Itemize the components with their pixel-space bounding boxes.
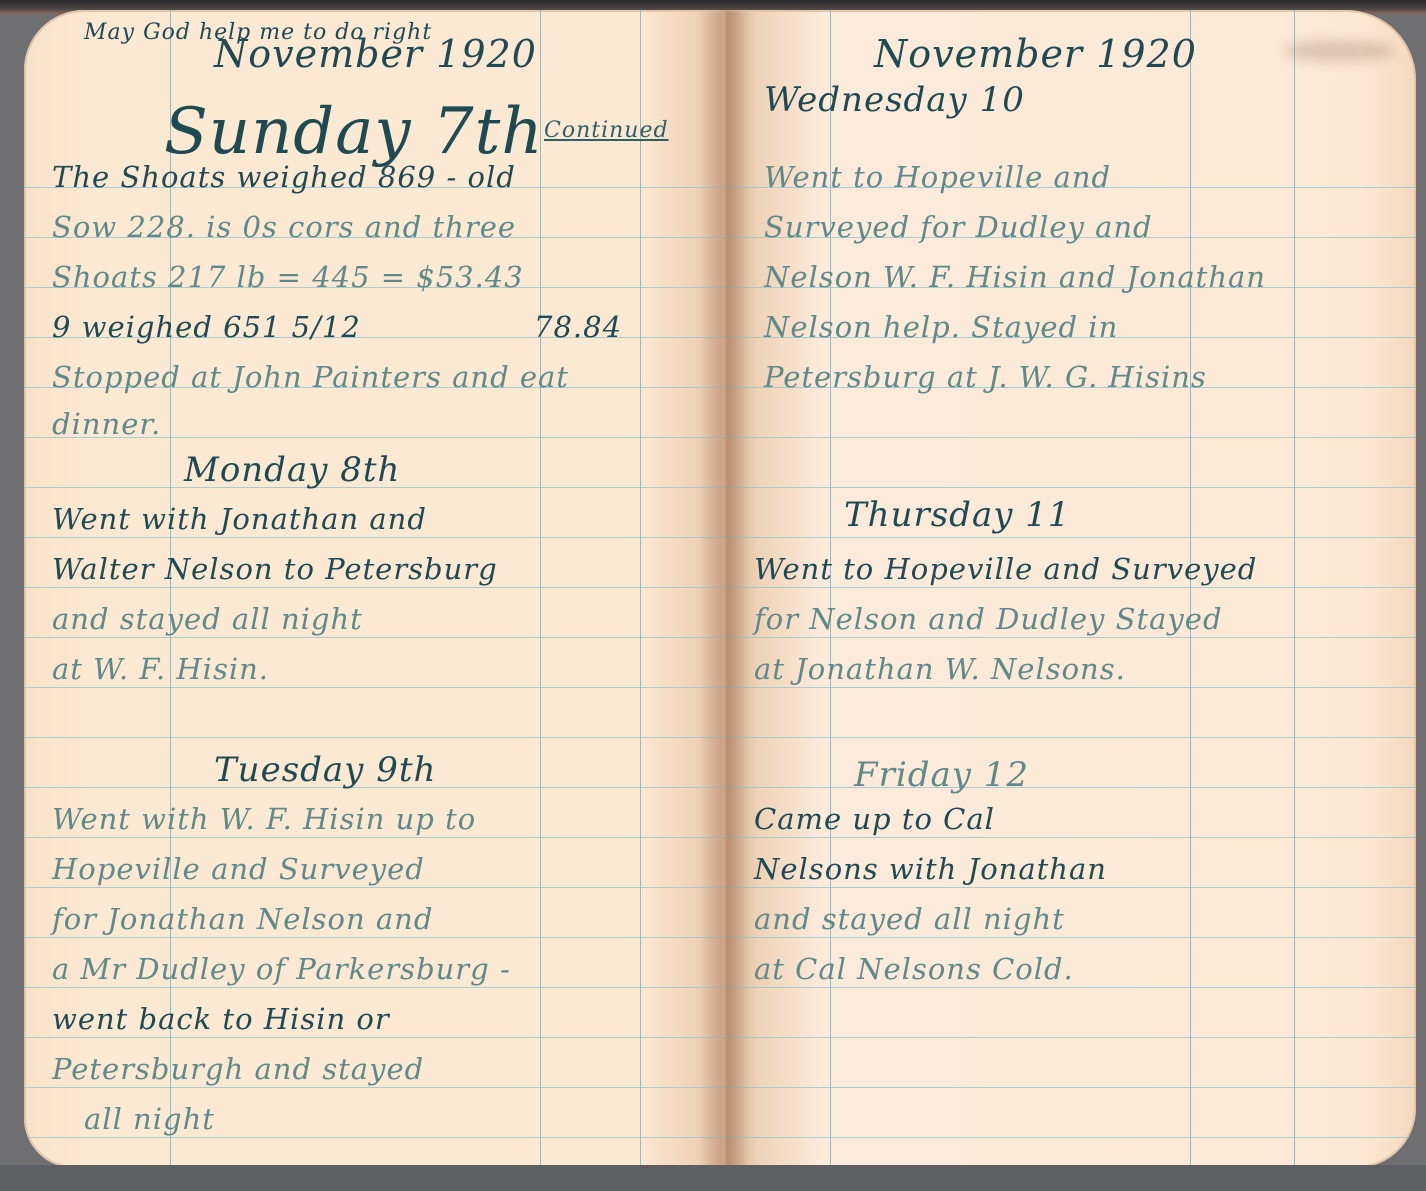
continued-note: Continued (544, 118, 669, 143)
entry-line: Went to Hopeville and (764, 160, 1111, 194)
grid-line (724, 537, 1416, 538)
entry-line: all night (84, 1102, 215, 1136)
grid-line (724, 587, 1416, 588)
entry-line: at Cal Nelsons Cold. (754, 952, 1074, 986)
grid-line (724, 937, 1416, 938)
entry-line: The Shoats weighed 869 - old (52, 160, 516, 194)
entry-line: Went with Jonathan and (52, 502, 427, 536)
day-heading: Tuesday 9th (214, 750, 436, 790)
book-spine-gutter (700, 10, 750, 1168)
entry-line: at W. F. Hisin. (52, 652, 269, 686)
day-heading: Sunday 7th (164, 95, 544, 169)
entry-line: a Mr Dudley of Parkersburg - (52, 952, 511, 986)
grid-line (24, 537, 724, 538)
grid-column-line (540, 10, 541, 1168)
entry-line: Nelsons with Jonathan (754, 852, 1107, 886)
entry-line: Went with W. F. Hisin up to (52, 802, 476, 836)
grid-line (24, 1037, 724, 1038)
grid-line (724, 887, 1416, 888)
right-page: November 1920 Wednesday 10 Went to Hopev… (724, 10, 1416, 1168)
grid-line (724, 787, 1416, 788)
grid-column-line (640, 10, 641, 1168)
month-header: November 1920 (214, 32, 537, 76)
entry-line: 9 weighed 651 5/12 (52, 310, 361, 344)
grid-line (724, 637, 1416, 638)
entry-line: Surveyed for Dudley and (764, 210, 1153, 244)
entry-line: and stayed all night (754, 902, 1065, 936)
day-heading: Wednesday 10 (764, 80, 1025, 120)
entry-line: Nelson W. F. Hisin and Jonathan (764, 260, 1266, 294)
grid-line (24, 937, 724, 938)
entry-line: Came up to Cal (754, 802, 995, 836)
entry-line: Walter Nelson to Petersburg (52, 552, 498, 586)
entry-line: Stopped at John Painters and eat (52, 360, 569, 394)
day-heading: Friday 12 (854, 755, 1029, 795)
entry-line: Sow 228. is 0s cors and three (52, 210, 516, 244)
background-surface (0, 1165, 1426, 1191)
entry-line: Hopeville and Surveyed (52, 852, 425, 886)
grid-line (724, 437, 1416, 438)
grid-line (24, 637, 724, 638)
grid-line (724, 1087, 1416, 1088)
grid-line (24, 587, 724, 588)
entry-line: went back to Hisin or (52, 1002, 390, 1036)
grid-line (24, 887, 724, 888)
entry-line: Petersburg at J. W. G. Hisins (764, 360, 1207, 394)
grid-line (24, 687, 724, 688)
entry-line: Nelson help. Stayed in (764, 310, 1118, 344)
grid-line (724, 837, 1416, 838)
grid-column-line (1190, 10, 1191, 1168)
day-heading: Thursday 11 (844, 495, 1071, 535)
grid-line (724, 487, 1416, 488)
grid-line (724, 1137, 1416, 1138)
grid-line (24, 987, 724, 988)
ink-smudge (1284, 40, 1394, 62)
grid-line (724, 737, 1416, 738)
entry-line: and stayed all night (52, 602, 363, 636)
month-header: November 1920 (874, 32, 1197, 76)
entry-line: Shoats 217 lb = 445 = $53.43 (52, 260, 524, 294)
grid-line (24, 1087, 724, 1088)
entry-line: Went to Hopeville and Surveyed (754, 552, 1257, 586)
entry-line: dinner. (52, 407, 161, 441)
entry-line: at Jonathan W. Nelsons. (754, 652, 1126, 686)
grid-line (724, 987, 1416, 988)
grid-line (724, 687, 1416, 688)
grid-line (24, 737, 724, 738)
grid-line (24, 1137, 724, 1138)
entry-line: for Nelson and Dudley Stayed (754, 602, 1223, 636)
grid-line (24, 837, 724, 838)
entry-amount: 78.84 (534, 310, 622, 344)
grid-column-line (1294, 10, 1295, 1168)
grid-line (724, 1037, 1416, 1038)
entry-line: for Jonathan Nelson and (52, 902, 433, 936)
day-heading: Monday 8th (184, 450, 400, 490)
left-page: May God help me to do right November 192… (24, 10, 724, 1168)
entry-line: Petersburgh and stayed (52, 1052, 424, 1086)
